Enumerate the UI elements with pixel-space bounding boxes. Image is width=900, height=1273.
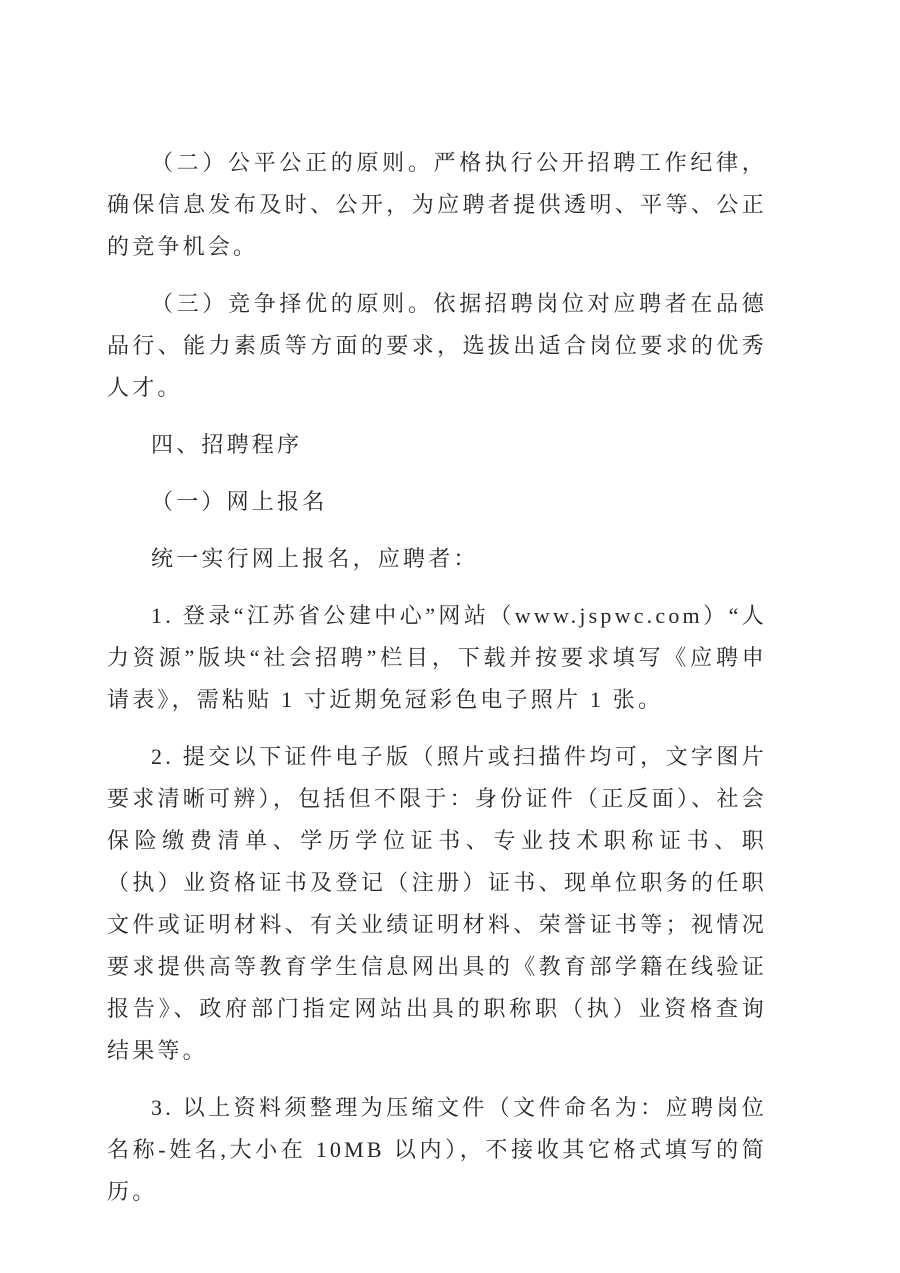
doc-paragraph: （二）公平公正的原则。严格执行公开招聘工作纪律，确保信息发布及时、公开，为应聘者…	[107, 142, 767, 268]
doc-heading: 四、招聘程序	[107, 424, 767, 466]
doc-heading: （一）网上报名	[107, 481, 767, 523]
doc-paragraph: 3. 以上资料须整理为压缩文件（文件命名为：应聘岗位名称-姓名,大小在 10MB…	[107, 1087, 767, 1213]
doc-paragraph: 2. 提交以下证件电子版（照片或扫描件均可，文字图片要求清晰可辨），包括但不限于…	[107, 736, 767, 1072]
document-body: （二）公平公正的原则。严格执行公开招聘工作纪律，确保信息发布及时、公开，为应聘者…	[107, 142, 767, 1213]
doc-paragraph: （三）竞争择优的原则。依据招聘岗位对应聘者在品德品行、能力素质等方面的要求，选拔…	[107, 283, 767, 409]
doc-paragraph: 1. 登录“江苏省公建中心”网站（www.jspwc.com）“人力资源”版块“…	[107, 595, 767, 721]
doc-paragraph: 统一实行网上报名，应聘者：	[107, 538, 767, 580]
document-page: （二）公平公正的原则。严格执行公开招聘工作纪律，确保信息发布及时、公开，为应聘者…	[0, 0, 900, 1273]
